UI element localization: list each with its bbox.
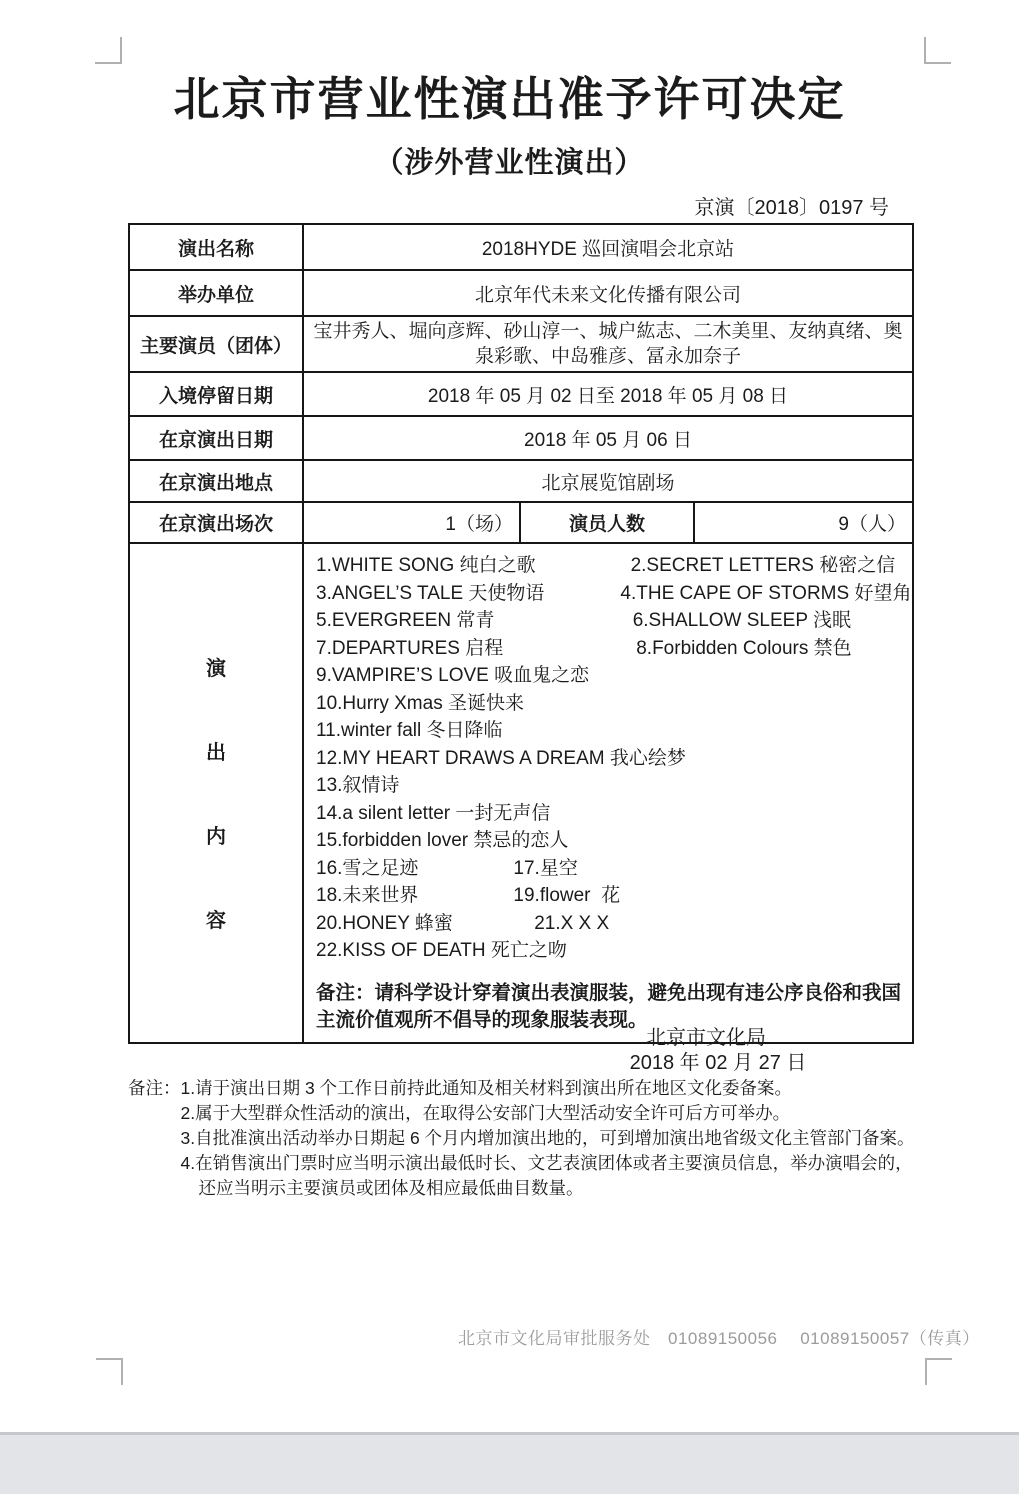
song-line: 13.叙情诗 [316, 772, 904, 800]
costume-remark: 备注：请科学设计穿着演出表演服装，避免出现有违公序良俗和我国主流价值观所不倡导的… [316, 980, 904, 1034]
song-line: 20.HONEY 蜂蜜 21.X X X [316, 910, 904, 938]
vertical-label-char: 演 [206, 652, 226, 681]
footnote-item: 3.自批准演出活动举办日期起 6 个月内增加演出地的，可到增加演出地省级文化主管… [181, 1126, 921, 1151]
sessions-label: 在京演出场次 [129, 502, 303, 543]
row-label: 演出名称 [129, 224, 303, 270]
table-row-performance-name: 演出名称 2018HYDE 巡回演唱会北京站 [129, 224, 913, 270]
table-row-sessions: 在京演出场次 1（场） 演员人数 9（人） [129, 502, 913, 543]
content-label-cell: 演 出 内 容 [129, 543, 303, 1043]
row-value: 2018HYDE 巡回演唱会北京站 [303, 224, 913, 270]
crop-corner-mark-top-right [924, 37, 951, 64]
song-line: 1.WHITE SONG 纯白之歌 2.SECRET LETTERS 秘密之信 [316, 552, 904, 580]
scanned-permit-document: { "page": { "title": "北京市营业性演出准予许可决定", "… [0, 0, 1019, 1494]
song-line: 15.forbidden lover 禁忌的恋人 [316, 827, 904, 855]
row-label: 主要演员（团体） [129, 316, 303, 372]
row-value: 2018 年 05 月 02 日至 2018 年 05 月 08 日 [303, 372, 913, 416]
performer-count-label: 演员人数 [520, 502, 694, 543]
crop-corner-mark-top-left [95, 37, 122, 64]
song-line: 22.KISS OF DEATH 死亡之吻 [316, 937, 904, 965]
table-row-performance-date: 在京演出日期 2018 年 05 月 06 日 [129, 416, 913, 460]
row-value: 宝井秀人、堀向彦辉、砂山淳一、城户紘志、二木美里、友纳真绪、奥泉彩歌、中岛雅彦、… [303, 316, 913, 372]
song-list: 1.WHITE SONG 纯白之歌 2.SECRET LETTERS 秘密之信 … [316, 552, 904, 965]
vertical-label-performance-content: 演 出 内 容 [136, 652, 296, 933]
row-label: 举办单位 [129, 270, 303, 316]
footnote-item: 1.请于演出日期 3 个工作日前持此通知及相关材料到演出所在地区文化委备案。 [181, 1076, 921, 1101]
song-line: 10.Hurry Xmas 圣诞快来 [316, 690, 904, 718]
performer-count-value: 9（人） [694, 502, 913, 543]
crop-corner-mark-bottom-left [96, 1358, 123, 1385]
content-cell: 1.WHITE SONG 纯白之歌 2.SECRET LETTERS 秘密之信 … [303, 543, 913, 1043]
sessions-value: 1（场） [303, 502, 520, 543]
row-value: 北京年代未来文化传播有限公司 [303, 270, 913, 316]
document-number: 京演〔2018〕0197 号 [0, 196, 889, 220]
song-line: 7.DEPARTURES 启程 8.Forbidden Colours 禁色 [316, 635, 904, 663]
vertical-label-char: 出 [206, 736, 226, 765]
scan-background-band [0, 1432, 1019, 1494]
song-line: 16.雪之足迹 17.星空 [316, 855, 904, 883]
issue-date: 2018 年 02 月 27 日 [630, 1051, 807, 1075]
song-line: 5.EVERGREEN 常青 6.SHALLOW SLEEP 浅眠 [316, 607, 904, 635]
vertical-label-char: 容 [206, 904, 226, 933]
row-label: 入境停留日期 [129, 372, 303, 416]
contact-footer: 北京市文化局审批服务处 01089150056 01089150057（传真） [458, 1328, 980, 1350]
permit-table: 演出名称 2018HYDE 巡回演唱会北京站 举办单位 北京年代未来文化传播有限… [128, 223, 914, 1044]
row-label: 在京演出地点 [129, 460, 303, 502]
song-line: 9.VAMPIRE’S LOVE 吸血鬼之恋 [316, 662, 904, 690]
page-title: 北京市营业性演出准予许可决定 [0, 72, 1019, 126]
table-row-organizer: 举办单位 北京年代未来文化传播有限公司 [129, 270, 913, 316]
song-line: 14.a silent letter 一封无声信 [316, 800, 904, 828]
footnotes: 备注： 1.请于演出日期 3 个工作日前持此通知及相关材料到演出所在地区文化委备… [128, 1076, 920, 1201]
vertical-label-char: 内 [206, 820, 226, 849]
crop-corner-mark-bottom-right [925, 1358, 952, 1385]
page-subtitle: （涉外营业性演出） [0, 146, 1019, 180]
table-row-performance-content: 演 出 内 容 1.WHITE SONG 纯白之歌 2.SECRET LETTE… [129, 543, 913, 1043]
song-line: 12.MY HEART DRAWS A DREAM 我心绘梦 [316, 745, 904, 773]
row-value: 北京展览馆剧场 [303, 460, 913, 502]
footnotes-label: 备注： [128, 1076, 181, 1201]
row-label: 在京演出日期 [129, 416, 303, 460]
song-line: 11.winter fall 冬日降临 [316, 717, 904, 745]
footnote-item: 2.属于大型群众性活动的演出，在取得公安部门大型活动安全许可后方可举办。 [181, 1101, 921, 1126]
song-line: 18.未来世界 19.flower 花 [316, 882, 904, 910]
issuing-authority: 北京市文化局 [646, 1026, 766, 1050]
row-value: 2018 年 05 月 06 日 [303, 416, 913, 460]
table-row-venue: 在京演出地点 北京展览馆剧场 [129, 460, 913, 502]
song-line: 3.ANGEL’S TALE 天使物语 4.THE CAPE OF STORMS… [316, 580, 904, 608]
table-row-main-performers: 主要演员（团体） 宝井秀人、堀向彦辉、砂山淳一、城户紘志、二木美里、友纳真绪、奥… [129, 316, 913, 372]
footnotes-list: 1.请于演出日期 3 个工作日前持此通知及相关材料到演出所在地区文化委备案。 2… [181, 1076, 921, 1201]
table-row-entry-stay-dates: 入境停留日期 2018 年 05 月 02 日至 2018 年 05 月 08 … [129, 372, 913, 416]
footnote-item: 4.在销售演出门票时应当明示演出最低时长、文艺表演团体或者主要演员信息，举办演唱… [181, 1151, 921, 1201]
